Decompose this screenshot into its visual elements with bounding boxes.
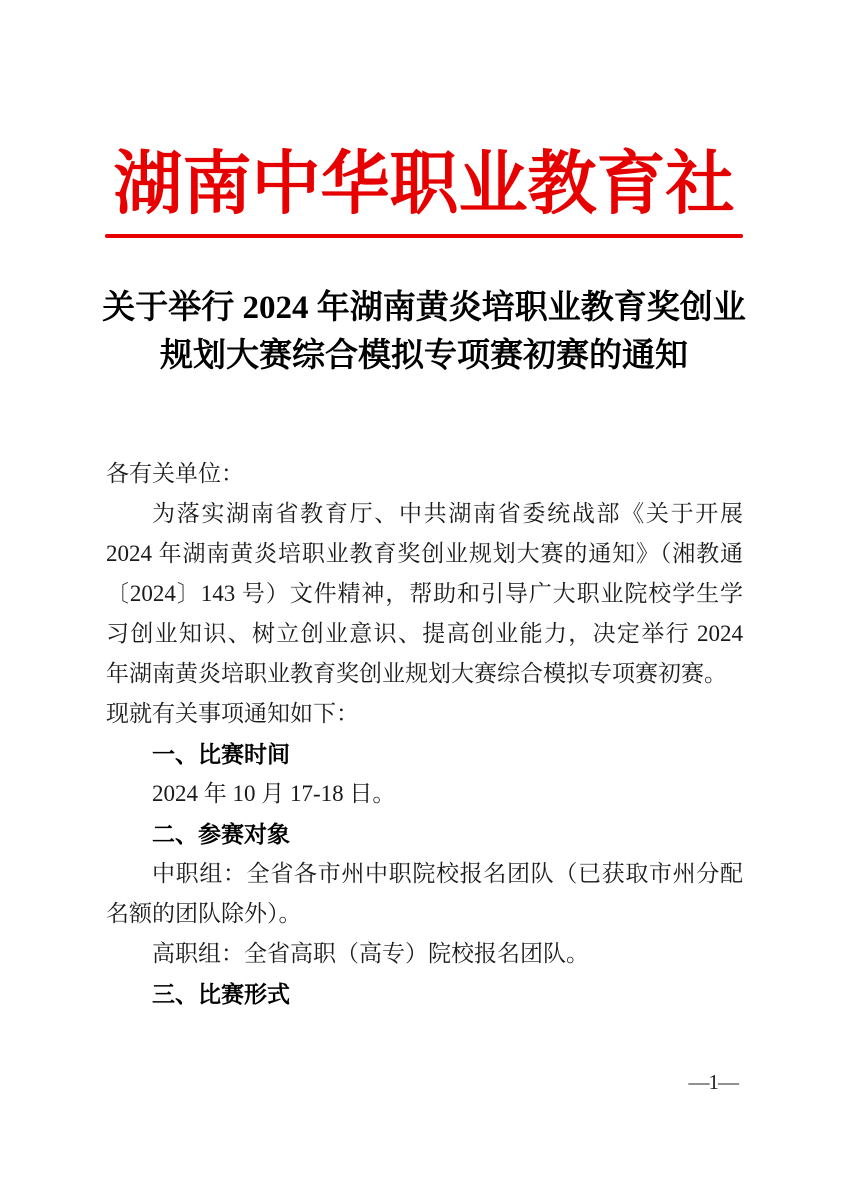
body-line: 2024 年湖南黄炎培职业教育奖创业规划大赛的通知》（湘教通 <box>106 534 743 574</box>
body-line: 名额的团队除外）。 <box>106 894 743 934</box>
body-line: 年湖南黄炎培职业教育奖创业规划大赛综合模拟专项赛初赛。 <box>106 654 743 694</box>
page-number: —1— <box>689 1070 739 1095</box>
notice-document-page: 湖南中华职业教育社 关于举行 2024 年湖南黄炎培职业教育奖创业 规划大赛综合… <box>0 0 848 1200</box>
document-title-line-2: 规划大赛综合模拟专项赛初赛的通知 <box>55 332 793 380</box>
body-line: 习创业知识、树立创业意识、提高创业能力，决定举行 2024 <box>106 614 743 654</box>
section-heading-3: 三、比赛形式 <box>106 974 743 1014</box>
body-line: 高职组：全省高职（高专）院校报名团队。 <box>106 934 743 974</box>
letterhead-org-name: 湖南中华职业教育社 <box>0 143 848 226</box>
salutation: 各有关单位： <box>106 454 743 494</box>
body-line: 2024 年 10 月 17-18 日。 <box>106 774 743 814</box>
body-line: 为落实湖南省教育厅、中共湖南省委统战部《关于开展 <box>106 494 743 534</box>
section-heading-2: 二、参赛对象 <box>106 814 743 854</box>
body-line: 〔2024〕143 号）文件精神，帮助和引导广大职业院校学生学 <box>106 574 743 614</box>
body-line: 中职组：全省各市州中职院校报名团队（已获取市州分配 <box>106 854 743 894</box>
body-line: 现就有关事项通知如下： <box>106 694 743 734</box>
letterhead-divider-line <box>105 234 743 238</box>
document-title: 关于举行 2024 年湖南黄炎培职业教育奖创业 规划大赛综合模拟专项赛初赛的通知 <box>55 284 793 380</box>
document-body: 各有关单位： 为落实湖南省教育厅、中共湖南省委统战部《关于开展 2024 年湖南… <box>106 454 743 1014</box>
section-heading-1: 一、比赛时间 <box>106 734 743 774</box>
document-title-line-1: 关于举行 2024 年湖南黄炎培职业教育奖创业 <box>55 284 793 332</box>
